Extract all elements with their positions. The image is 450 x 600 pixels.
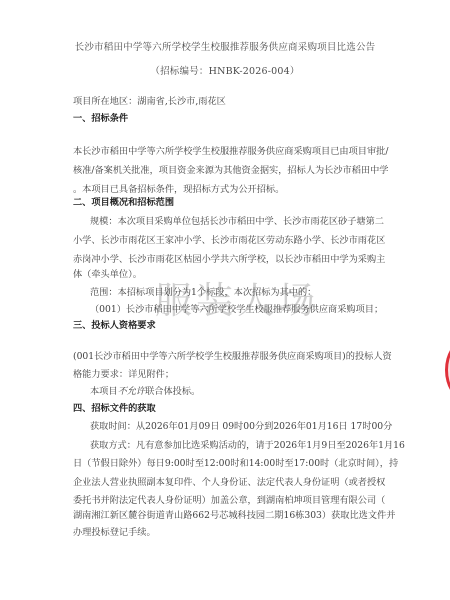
section-4-line: 办理投标登记手续。	[73, 527, 383, 539]
document-title: 长沙市稻田中学等六所学校学生校服推荐服务供应商采购项目比选公告	[0, 39, 450, 53]
red-seal-stamp	[445, 340, 450, 400]
section-2-line: 规模：本次项目采购单位包括长沙市稻田中学、长沙市雨花区砂子塘第二	[90, 216, 400, 228]
section-1-line: 核准/备案机关批准，项目资金来源为其他资金据实，招标人为长沙市稻田中学	[73, 165, 383, 177]
section-1-line: 。本项目已具备招标条件，现招标方式为公开招标。	[73, 184, 383, 196]
document-page: 长沙市稻田中学等六所学校学生校服推荐服务供应商采购项目比选公告 （招标编号：HN…	[0, 0, 450, 600]
section-2-lot: （001）长沙市稻田中学等六所学校学生校服推荐服务供应商采购项目；	[90, 304, 400, 316]
section-1-line: 本长沙市稻田中学等六所学校学生校服推荐服务供应商采购项目已由项目审批/	[73, 146, 383, 158]
section-4-line: 湖南湘江新区麓谷街道青山路662号芯城科技园二期16栋303）获取比选文件并	[73, 510, 383, 522]
section-2-scope: 范围：本招标项目划分为1个标段，本次招标为其中的：	[90, 287, 400, 299]
section-heading-bidding-conditions: 一、招标条件	[73, 113, 383, 125]
section-4-line: 日（节假日除外）每日9:00时至12:00时和14:00时至17:00时（北京时…	[73, 458, 383, 470]
section-2-line: 体（牵头单位）。	[73, 269, 383, 281]
bid-number: （招标编号：HNBK-2026-004）	[0, 63, 450, 77]
section-3-line: 格能力要求：详见附件；	[73, 369, 383, 381]
section-heading-document-acquisition: 四、招标文件的获取	[73, 403, 383, 415]
joint-bid-note-suffix: 联合体投标。	[145, 386, 200, 397]
project-region: 项目所在地区：湖南省,长沙市,雨花区	[73, 96, 383, 108]
section-heading-project-overview: 二、项目概况和招标范围	[73, 197, 383, 209]
acquisition-time: 获取时间：从2026年01月09日 09时00分到2026年01月16日 17时…	[90, 421, 400, 433]
section-3-line: (001长沙市稻田中学等六所学校学生校服推荐服务供应商采购项目)的投标人资	[73, 351, 383, 363]
section-4-line: 委托书并附法定代表人身份证明）加盖公章，到湖南柏坤项目管理有限公司（	[73, 495, 383, 507]
section-2-line: 赤岗冲小学、长沙市雨花区枯园小学共六所学校，以长沙市稻田中学为采购主	[73, 254, 383, 266]
section-4-line: 企业法人营业执照副本复印件、个人身份证、法定代表人身份证明（或者授权	[73, 477, 383, 489]
joint-bid-note: 本项目不允许联合体投标。	[90, 386, 400, 398]
joint-bid-note-italic: 不允许	[118, 386, 146, 397]
joint-bid-note-prefix: 本项目	[90, 386, 118, 397]
section-heading-bidder-qualification: 三、投标人资格要求	[73, 320, 383, 332]
acquisition-method: 获取方式：凡有意参加比选采购活动的，请于2026年1月9日至2026年1月16	[90, 440, 400, 452]
section-2-line: 小学、长沙市雨花区王家冲小学、长沙市雨花区劳动东路小学、长沙市雨花区	[73, 235, 383, 247]
